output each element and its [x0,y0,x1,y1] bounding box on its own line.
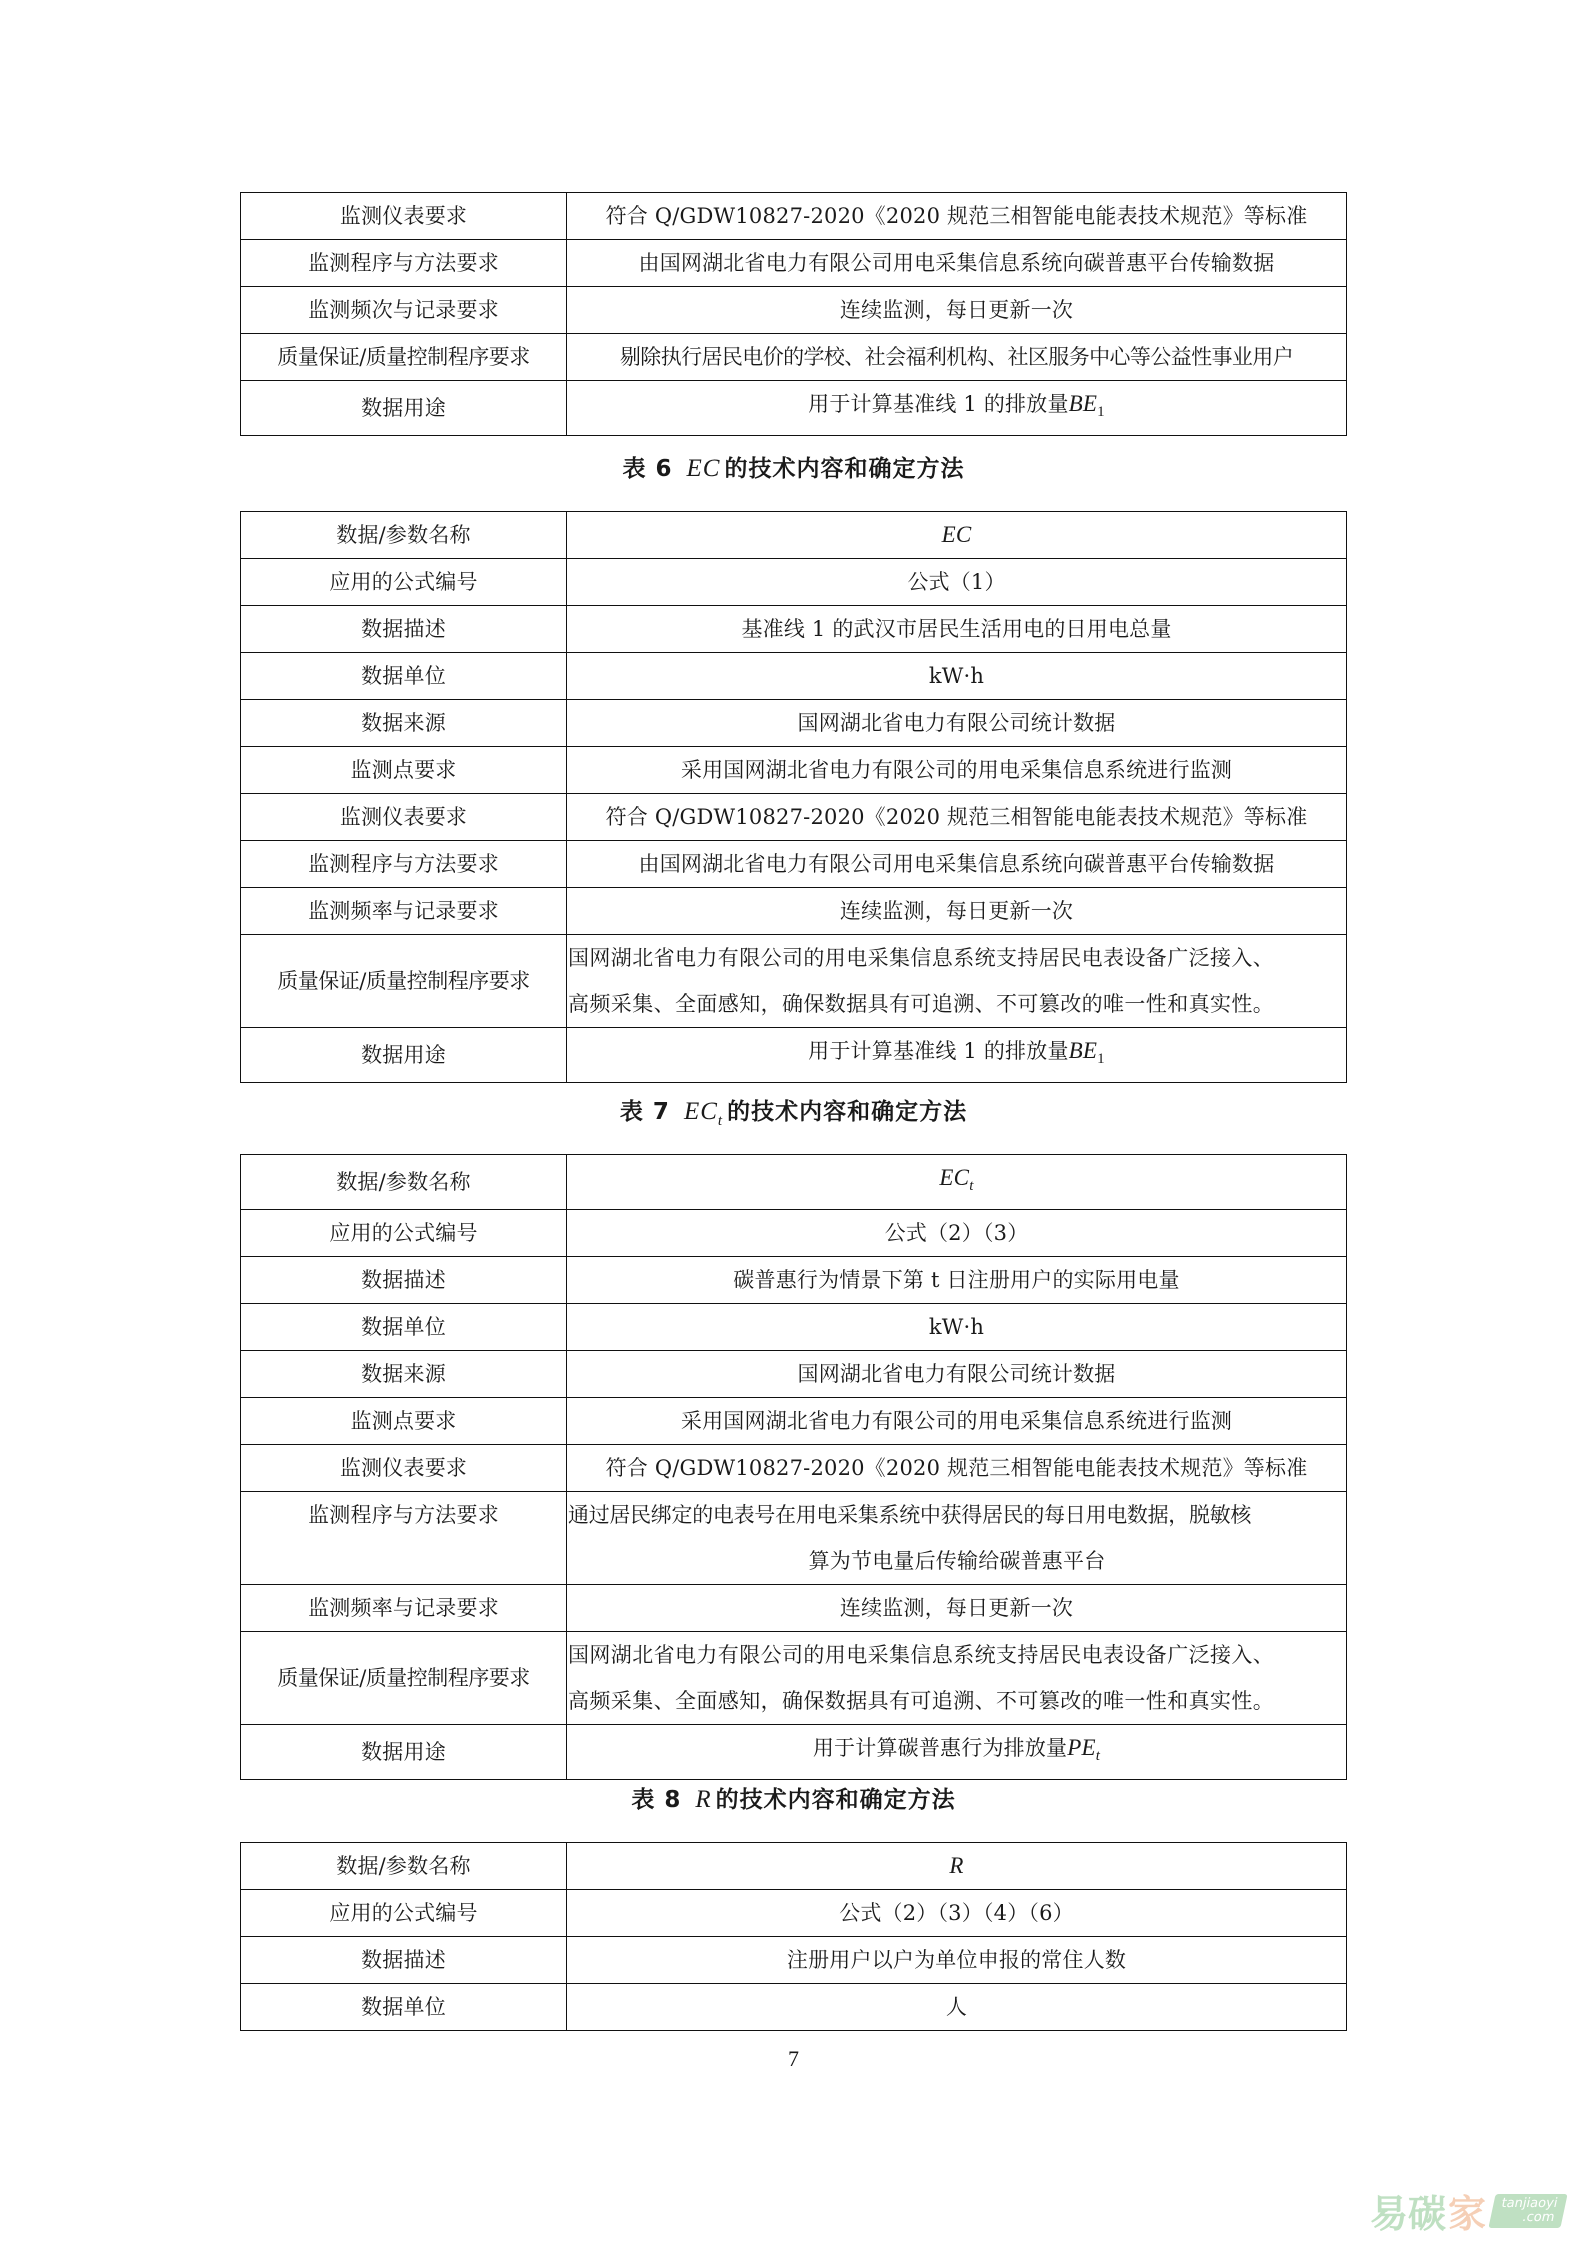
table-row: 监测仪表要求 符合 Q/GDW10827-2020《2020 规范三相智能电能表… [241,1445,1347,1492]
row-value: 符合 Q/GDW10827-2020《2020 规范三相智能电能表技术规范》等标… [567,193,1347,240]
watermark-brand-part1: 易碳 [1370,2183,1446,2238]
caption-symbol: EC [687,455,721,482]
row-value: 符合 Q/GDW10827-2020《2020 规范三相智能电能表技术规范》等标… [567,794,1347,841]
row-value: 用于计算基准线 1 的排放量BE1 [567,381,1347,436]
table-row: 监测频次与记录要求 连续监测，每日更新一次 [241,287,1347,334]
table-row: 质量保证/质量控制程序要求 剔除执行居民电价的学校、社会福利机构、社区服务中心等… [241,334,1347,381]
caption-prefix: 表 8 [631,1787,681,1813]
row-value: 基准线 1 的武汉市居民生活用电的日用电总量 [567,606,1347,653]
table-row: 质量保证/质量控制程序要求 国网湖北省电力有限公司的用电采集信息系统支持居民电表… [241,935,1347,1028]
row-value: EC [567,512,1347,559]
row-key: 应用的公式编号 [241,1890,567,1937]
table-row: 数据用途 用于计算基准线 1 的排放量BE1 [241,1028,1347,1083]
row-key: 监测点要求 [241,747,567,794]
row-key: 数据来源 [241,700,567,747]
row-value: 连续监测，每日更新一次 [567,1585,1347,1632]
table-row: 监测程序与方法要求 通过居民绑定的电表号在用电采集系统中获得居民的每日用电数据，… [241,1492,1347,1585]
math-base: EC [939,1165,969,1190]
row-key: 监测仪表要求 [241,1445,567,1492]
math-base: BE [1069,1038,1098,1063]
usage-text: 用于计算碳普惠行为排放量 [813,1736,1067,1760]
value-line: 国网湖北省电力有限公司的用电采集信息系统支持居民电表设备广泛接入、 [568,935,1346,981]
caption-suffix: 的技术内容和确定方法 [716,1787,956,1813]
row-key: 质量保证/质量控制程序要求 [241,334,567,381]
table-8: 数据/参数名称 R 应用的公式编号 公式（2）（3）（4）（6） 数据描述 注册… [240,1842,1347,2031]
row-value: 通过居民绑定的电表号在用电采集系统中获得居民的每日用电数据，脱敏核 算为节电量后… [567,1492,1347,1585]
watermark-brand-part2: 家 [1448,2183,1486,2238]
row-value: 用于计算基准线 1 的排放量BE1 [567,1028,1347,1083]
row-value: 采用国网湖北省电力有限公司的用电采集信息系统进行监测 [567,1398,1347,1445]
caption-suffix: 的技术内容和确定方法 [727,1099,967,1125]
table-row: 数据/参数名称 EC [241,512,1347,559]
row-value: 由国网湖北省电力有限公司用电采集信息系统向碳普惠平台传输数据 [567,841,1347,888]
row-value: 采用国网湖北省电力有限公司的用电采集信息系统进行监测 [567,747,1347,794]
table-row: 监测频率与记录要求 连续监测，每日更新一次 [241,1585,1347,1632]
table-row: 数据描述 注册用户以户为单位申报的常住人数 [241,1937,1347,1984]
value-line: 高频采集、全面感知，确保数据具有可追溯、不可篡改的唯一性和真实性。 [568,1678,1346,1724]
table-row: 监测点要求 采用国网湖北省电力有限公司的用电采集信息系统进行监测 [241,1398,1347,1445]
row-value: 人 [567,1984,1347,2031]
row-key: 数据单位 [241,1304,567,1351]
row-value: 符合 Q/GDW10827-2020《2020 规范三相智能电能表技术规范》等标… [567,1445,1347,1492]
math-subscript: t [1096,1748,1100,1764]
value-line: 国网湖北省电力有限公司的用电采集信息系统支持居民电表设备广泛接入、 [568,1632,1346,1678]
value-line: 高频采集、全面感知，确保数据具有可追溯、不可篡改的唯一性和真实性。 [568,981,1346,1027]
table-row: 数据来源 国网湖北省电力有限公司统计数据 [241,700,1347,747]
table-row: 监测程序与方法要求 由国网湖北省电力有限公司用电采集信息系统向碳普惠平台传输数据 [241,841,1347,888]
row-key: 监测仪表要求 [241,193,567,240]
row-value: 碳普惠行为情景下第 t 日注册用户的实际用电量 [567,1257,1347,1304]
row-value: 用于计算碳普惠行为排放量PEt [567,1725,1347,1780]
math-symbol: EC [942,522,972,547]
row-value: 注册用户以户为单位申报的常住人数 [567,1937,1347,1984]
row-key: 数据描述 [241,1257,567,1304]
row-value: ECt [567,1155,1347,1210]
row-key: 监测点要求 [241,1398,567,1445]
row-value: kW·h [567,653,1347,700]
caption-suffix: 的技术内容和确定方法 [724,456,964,482]
math-subscript: t [969,1178,973,1194]
table-row: 应用的公式编号 公式（1） [241,559,1347,606]
math-subscript: 1 [1097,404,1105,420]
usage-text: 用于计算基准线 1 的排放量 [808,392,1069,416]
row-key: 监测程序与方法要求 [241,1492,567,1585]
table-row: 数据/参数名称 R [241,1843,1347,1890]
table-row: 监测仪表要求 符合 Q/GDW10827-2020《2020 规范三相智能电能表… [241,794,1347,841]
math-symbol: BE1 [1069,391,1105,416]
value-line: 通过居民绑定的电表号在用电采集系统中获得居民的每日用电数据，脱敏核 [568,1492,1346,1538]
badge-line: tanjiaoyi [1500,2197,1559,2211]
table-row: 质量保证/质量控制程序要求 国网湖北省电力有限公司的用电采集信息系统支持居民电表… [241,1632,1347,1725]
math-symbol: R [949,1853,963,1878]
table-row: 数据描述 基准线 1 的武汉市居民生活用电的日用电总量 [241,606,1347,653]
page-number: 7 [0,2046,1587,2072]
caption-symbol-subscript: t [718,1113,723,1129]
row-value: 公式（2）（3） [567,1210,1347,1257]
row-key: 质量保证/质量控制程序要求 [241,935,567,1028]
row-key: 监测频次与记录要求 [241,287,567,334]
row-value: 剔除执行居民电价的学校、社会福利机构、社区服务中心等公益性事业用户 [567,334,1347,381]
table-7-caption: 表 7ECt的技术内容和确定方法 [240,1093,1347,1130]
table-row: 监测仪表要求 符合 Q/GDW10827-2020《2020 规范三相智能电能表… [241,193,1347,240]
row-key: 数据单位 [241,1984,567,2031]
row-key: 数据/参数名称 [241,512,567,559]
row-value: 连续监测，每日更新一次 [567,888,1347,935]
table-row: 数据单位 kW·h [241,653,1347,700]
row-key: 数据用途 [241,381,567,436]
math-base: PE [1067,1735,1096,1760]
table-row: 数据单位 kW·h [241,1304,1347,1351]
row-value: R [567,1843,1347,1890]
badge-line: .com [1497,2211,1556,2225]
row-value: 公式（1） [567,559,1347,606]
row-key-text: 监测程序与方法要求 [308,1503,499,1527]
table-row: 数据描述 碳普惠行为情景下第 t 日注册用户的实际用电量 [241,1257,1347,1304]
table-row: 数据单位 人 [241,1984,1347,2031]
math-subscript: 1 [1097,1051,1105,1067]
table-8-caption: 表 8R的技术内容和确定方法 [240,1781,1347,1814]
table-row: 应用的公式编号 公式（2）（3）（4）（6） [241,1890,1347,1937]
row-value: 国网湖北省电力有限公司的用电采集信息系统支持居民电表设备广泛接入、 高频采集、全… [567,935,1347,1028]
row-key: 监测仪表要求 [241,794,567,841]
table-7: 数据/参数名称 ECt 应用的公式编号 公式（2）（3） 数据描述 碳普惠行为情… [240,1154,1347,1780]
caption-prefix: 表 7 [620,1099,670,1125]
table-row: 数据用途 用于计算基准线 1 的排放量BE1 [241,381,1347,436]
row-value: 国网湖北省电力有限公司统计数据 [567,1351,1347,1398]
row-value: kW·h [567,1304,1347,1351]
row-key: 应用的公式编号 [241,559,567,606]
math-symbol: PEt [1067,1735,1100,1760]
watermark-badge: tanjiaoyi .com [1488,2194,1567,2228]
row-key: 质量保证/质量控制程序要求 [241,1632,567,1725]
row-value: 连续监测，每日更新一次 [567,287,1347,334]
caption-symbol: R [695,1786,711,1813]
math-symbol: BE1 [1069,1038,1105,1063]
table-row: 监测程序与方法要求 由国网湖北省电力有限公司用电采集信息系统向碳普惠平台传输数据 [241,240,1347,287]
table-row: 数据来源 国网湖北省电力有限公司统计数据 [241,1351,1347,1398]
table-row: 应用的公式编号 公式（2）（3） [241,1210,1347,1257]
row-key: 监测程序与方法要求 [241,240,567,287]
caption-symbol-base: EC [684,1098,718,1125]
table-row: 数据/参数名称 ECt [241,1155,1347,1210]
row-value: 由国网湖北省电力有限公司用电采集信息系统向碳普惠平台传输数据 [567,240,1347,287]
row-key: 监测频率与记录要求 [241,888,567,935]
row-value: 公式（2）（3）（4）（6） [567,1890,1347,1937]
table-5-continued: 监测仪表要求 符合 Q/GDW10827-2020《2020 规范三相智能电能表… [240,192,1347,436]
row-key: 数据描述 [241,606,567,653]
caption-prefix: 表 6 [623,456,673,482]
row-key: 应用的公式编号 [241,1210,567,1257]
row-key: 数据用途 [241,1725,567,1780]
row-key: 数据单位 [241,653,567,700]
row-key: 监测程序与方法要求 [241,841,567,888]
table-6: 数据/参数名称 EC 应用的公式编号 公式（1） 数据描述 基准线 1 的武汉市… [240,511,1347,1083]
row-key: 监测频率与记录要求 [241,1585,567,1632]
row-value: 国网湖北省电力有限公司统计数据 [567,700,1347,747]
value-line: 算为节电量后传输给碳普惠平台 [568,1538,1346,1584]
row-key: 数据用途 [241,1028,567,1083]
math-base: BE [1069,391,1098,416]
table-row: 监测频率与记录要求 连续监测，每日更新一次 [241,888,1347,935]
row-key: 数据来源 [241,1351,567,1398]
table-row: 监测点要求 采用国网湖北省电力有限公司的用电采集信息系统进行监测 [241,747,1347,794]
table-6-caption: 表 6EC的技术内容和确定方法 [240,450,1347,483]
usage-text: 用于计算基准线 1 的排放量 [808,1039,1069,1063]
table-row: 数据用途 用于计算碳普惠行为排放量PEt [241,1725,1347,1780]
row-key: 数据/参数名称 [241,1155,567,1210]
caption-symbol: ECt [684,1098,723,1125]
row-key: 数据/参数名称 [241,1843,567,1890]
row-value: 国网湖北省电力有限公司的用电采集信息系统支持居民电表设备广泛接入、 高频采集、全… [567,1632,1347,1725]
watermark-logo: 易碳家 tanjiaoyi .com [1370,2183,1564,2238]
row-key: 数据描述 [241,1937,567,1984]
math-symbol: ECt [939,1165,973,1190]
